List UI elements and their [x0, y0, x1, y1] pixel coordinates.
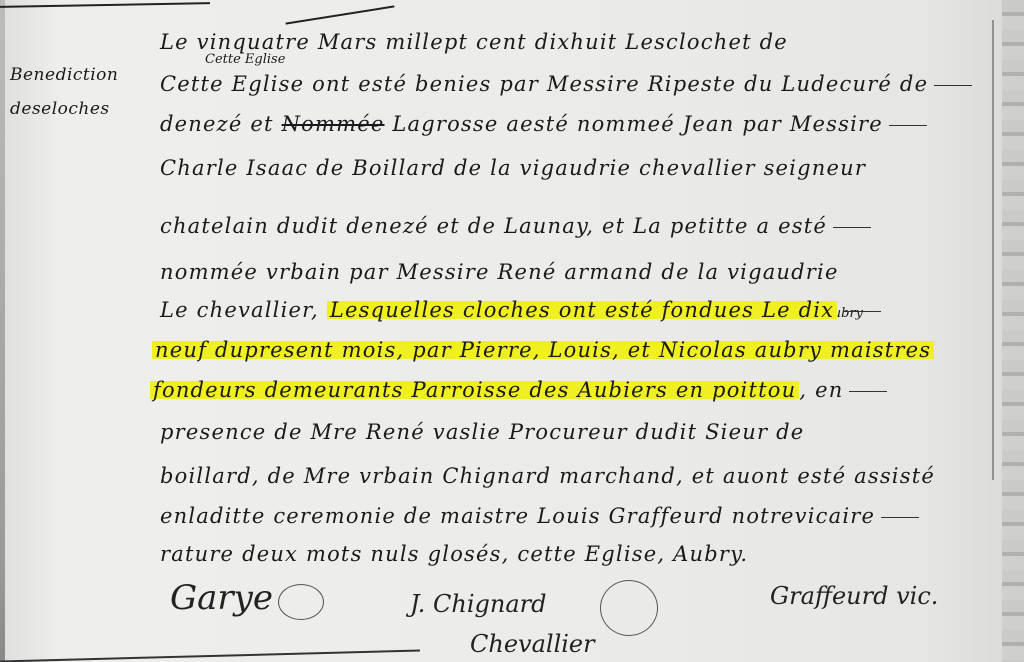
entry-line: fondeurs demeurants Parroisse des Aubier…	[150, 378, 887, 412]
line-filler-dash	[849, 391, 887, 392]
line-text: , en	[799, 378, 843, 402]
line-text: Charle Isaac de Boillard de la vigaudrie…	[160, 156, 866, 180]
entry-line: chatelain dudit denezé et de Launay, et …	[160, 214, 871, 248]
line-text: Le chevallier,	[160, 298, 327, 322]
line-text: chatelain dudit denezé et de Launay, et …	[160, 214, 827, 238]
line-filler-dash	[833, 227, 871, 228]
line-filler-dash	[881, 517, 919, 518]
line-filler-dash	[934, 85, 972, 86]
line-text: presence de Mre René vaslie Procureur du…	[160, 420, 804, 444]
entry-line: nommée vrbain par Messire René armand de…	[160, 260, 839, 294]
signature-garye: Garye	[170, 578, 273, 618]
page-binding-edge	[1002, 0, 1024, 662]
highlighted-text: neuf dupresent mois, par Pierre, Louis, …	[152, 338, 934, 362]
entry-line: neuf dupresent mois, par Pierre, Louis, …	[152, 338, 934, 372]
highlighted-text: Lesquelles cloches ont esté fondues Le d…	[327, 298, 837, 322]
entry-line: rature deux mots nuls glosés, cette Egli…	[160, 542, 748, 576]
margin-note: Benediction deseloches	[10, 58, 150, 126]
signature-paraph-icon	[278, 584, 324, 620]
signature-chignard: J. Chignard	[410, 590, 546, 618]
line-text: Lagrosse aesté nommeé Jean par Messire	[384, 112, 882, 136]
top-rule-line	[0, 2, 210, 8]
register-page: Benediction deseloches Cette Eglise aubr…	[0, 0, 1024, 662]
page-left-edge	[0, 0, 5, 662]
entry-line: presence de Mre René vaslie Procureur du…	[160, 420, 804, 454]
entry-line: denezé et Nommée Lagrosse aesté nommeé J…	[160, 112, 927, 146]
top-rule-line-right	[286, 5, 395, 24]
line-text: boillard, de Mre vrbain Chignard marchan…	[160, 464, 935, 488]
entry-line: Le vinquatre Mars millept cent dixhuit L…	[160, 30, 788, 64]
highlighted-text: fondeurs demeurants Parroisse des Aubier…	[150, 378, 799, 402]
entry-line: enladitte ceremonie de maistre Louis Gra…	[160, 504, 919, 538]
line-filler-dash	[843, 311, 881, 312]
line-text: Cette Eglise ont esté benies par Messire…	[160, 72, 928, 96]
line-text: enladitte ceremonie de maistre Louis Gra…	[160, 504, 875, 528]
entry-line: Charle Isaac de Boillard de la vigaudrie…	[160, 156, 866, 190]
line-text: Le vinquatre Mars millept cent dixhuit L…	[160, 30, 788, 54]
margin-note-line-1: Benediction	[10, 58, 150, 92]
signature-paraph-icon	[600, 580, 658, 636]
line-text: nommée vrbain par Messire René armand de…	[160, 260, 839, 284]
entry-line: Le chevallier, Lesquelles cloches ont es…	[160, 298, 881, 332]
line-filler-dash	[889, 125, 927, 126]
signature-chevallier: Chevallier	[470, 630, 595, 658]
line-text: denezé et	[160, 112, 274, 136]
entry-line: Cette Eglise ont esté benies par Messire…	[160, 72, 972, 106]
signatures: Garye J. Chignard Graffeurd vic. Chevall…	[170, 578, 970, 662]
margin-note-line-2: deseloches	[10, 92, 150, 126]
line-text: rature deux mots nuls glosés, cette Egli…	[160, 542, 748, 566]
right-margin-line	[992, 20, 994, 480]
entry-line: boillard, de Mre vrbain Chignard marchan…	[160, 464, 935, 498]
signature-graffeurd: Graffeurd vic.	[770, 582, 938, 610]
struck-word: Nommée	[282, 112, 385, 136]
